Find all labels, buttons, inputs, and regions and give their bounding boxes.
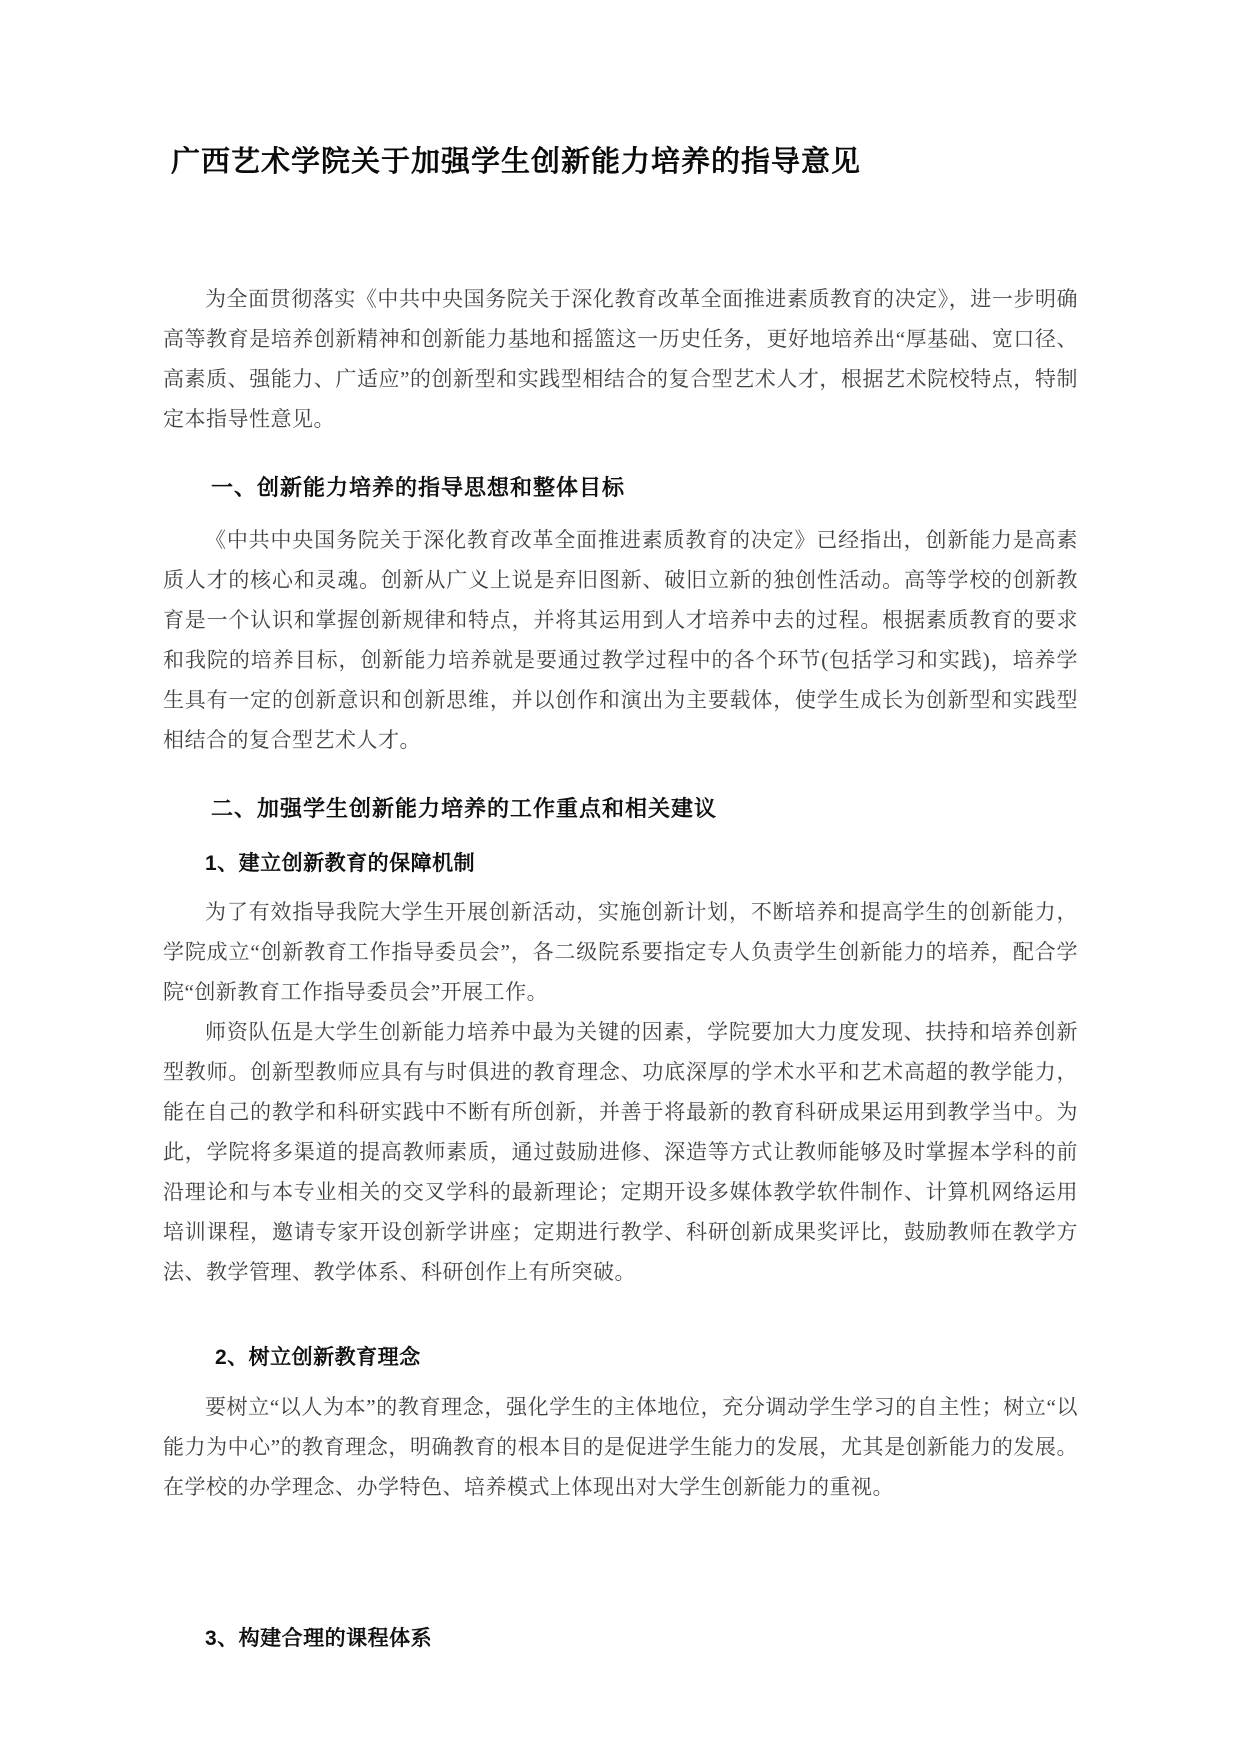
document-page: 广西艺术学院关于加强学生创新能力培养的指导意见 为全面贯彻落实《中共中央国务院关… [0, 0, 1241, 1754]
section-1-heading: 一、创新能力培养的指导思想和整体目标 [211, 473, 1078, 503]
section-1-paragraph: 《中共中央国务院关于深化教育改革全面推进素质教育的决定》已经指出，创新能力是高素… [163, 520, 1078, 760]
intro-paragraph: 为全面贯彻落实《中共中央国务院关于深化教育改革全面推进素质教育的决定》，进一步明… [163, 279, 1078, 439]
subsection-1-paragraph-1: 为了有效指导我院大学生开展创新活动，实施创新计划，不断培养和提高学生的创新能力，… [163, 892, 1078, 1012]
document-title: 广西艺术学院关于加强学生创新能力培养的指导意见 [171, 142, 1078, 183]
subsection-1-paragraph-2: 师资队伍是大学生创新能力培养中最为关键的因素，学院要加大力度发现、扶持和培养创新… [163, 1012, 1078, 1292]
subsection-2-heading: 2、树立创新教育理念 [215, 1344, 1078, 1372]
subsection-2-paragraph-1: 要树立“以人为本”的教育理念，强化学生的主体地位，充分调动学生学习的自主性；树立… [163, 1387, 1078, 1507]
subsection-1-heading: 1、建立创新教育的保障机制 [205, 850, 1078, 878]
section-2-heading: 二、加强学生创新能力培养的工作重点和相关建议 [211, 794, 1078, 824]
subsection-3-heading: 3、构建合理的课程体系 [205, 1625, 1078, 1653]
